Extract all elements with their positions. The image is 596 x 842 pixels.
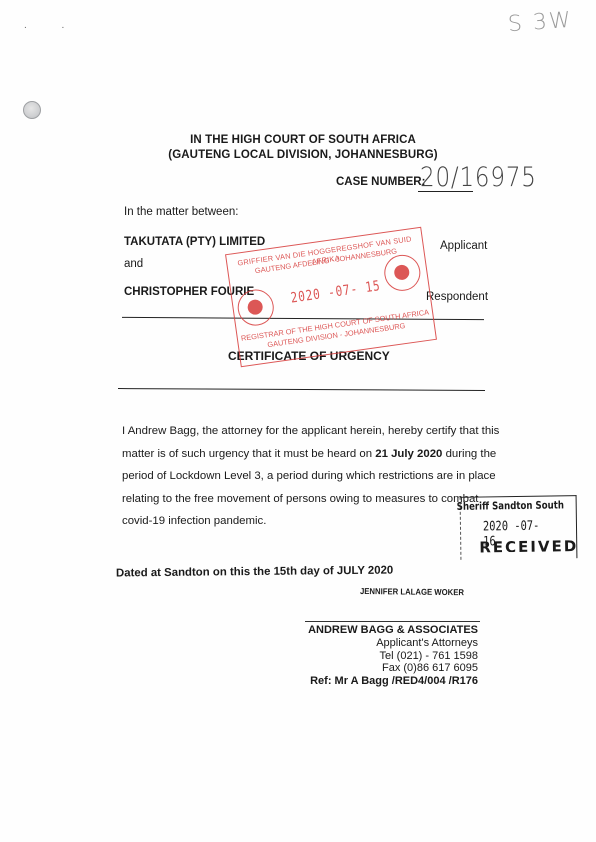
sheriff-office: Sheriff Sandton South — [457, 499, 564, 512]
body-line: covid-19 infection pandemic. — [122, 510, 467, 533]
body-line: period of Lockdown Level 3, a period dur… — [122, 465, 467, 488]
case-number-label: CASE NUMBER: — [336, 176, 425, 188]
court-name: IN THE HIGH COURT OF SOUTH AFRICA — [0, 134, 596, 146]
firm-role: Applicant's Attorneys — [0, 637, 478, 650]
body-text: during the — [442, 448, 496, 460]
handwritten-page-annotation: S 3W — [507, 8, 573, 37]
punch-hole-icon — [23, 101, 41, 119]
sheriff-received-stamp: Sheriff Sandton South 2020 -07- 16 RECEI… — [460, 495, 578, 560]
sheriff-stamp-status: RECEIVED — [479, 537, 578, 552]
signature-block: ANDREW BAGG & ASSOCIATES Applicant's Att… — [0, 624, 478, 688]
case-number-value: 20/16975 — [420, 162, 537, 193]
matter-intro: In the matter between: — [124, 206, 238, 218]
hearing-date: 21 July 2020 — [375, 448, 442, 460]
registrar-stamp-date: 2020 -07- 15 — [290, 278, 382, 306]
body-text: matter is of such urgency that it must b… — [122, 448, 375, 460]
court-seal-icon — [235, 287, 276, 328]
firm-name: ANDREW BAGG & ASSOCIATES — [0, 624, 478, 637]
certificate-body: I Andrew Bagg, the attorney for the appl… — [122, 420, 467, 533]
scan-speck-marks: . . — [24, 20, 80, 31]
dated-line: Dated at Sandton on this the 15th day of… — [116, 565, 393, 580]
parties-conjunction: and — [124, 258, 143, 270]
signature-line — [305, 621, 480, 622]
body-line: relating to the free movement of persons… — [122, 488, 467, 511]
applicant-name: TAKUTATA (PTY) LIMITED — [124, 236, 265, 248]
court-seal-icon — [382, 253, 423, 294]
applicant-role: Applicant — [440, 240, 487, 252]
firm-fax: Fax (0)86 617 6095 — [0, 662, 478, 675]
firm-tel: Tel (021) - 761 1598 — [0, 650, 478, 663]
divider-line-bottom — [118, 388, 485, 391]
signer-name-stamp: JENNIFER LALAGE WOKER — [360, 586, 464, 597]
body-line: I Andrew Bagg, the attorney for the appl… — [122, 420, 467, 443]
body-line: matter is of such urgency that it must b… — [122, 443, 467, 466]
respondent-role: Respondent — [426, 291, 488, 303]
court-division: (GAUTENG LOCAL DIVISION, JOHANNESBURG) — [0, 149, 596, 161]
firm-reference: Ref: Mr A Bagg /RED4/004 /R176 — [0, 675, 478, 688]
